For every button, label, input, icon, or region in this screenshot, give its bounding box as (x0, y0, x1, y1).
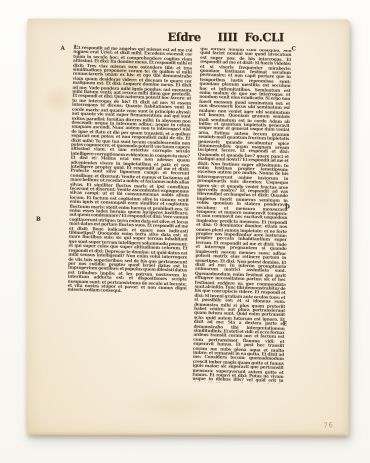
running-header: Eſdre IIII Fo.CLI (27, 30, 349, 45)
pencil-page-annotation: 76 (323, 421, 333, 430)
paper-stain (122, 389, 232, 423)
margin-letter-b: B (36, 217, 41, 223)
header-book-title: Eſdre (167, 30, 200, 44)
incunable-page: Eſdre IIII Fo.CLI A e B C D E Et respond… (26, 19, 349, 436)
scanned-book-photo: Eſdre IIII Fo.CLI A e B C D E Et respond… (0, 0, 370, 463)
margin-letter-a: A (60, 46, 64, 52)
header-book-number: IIII (217, 30, 237, 44)
text-column-right: qui format nullam cum obsequio. Sed quid… (192, 48, 291, 384)
paper-stain (285, 115, 347, 235)
margin-letter-c: C (291, 46, 295, 52)
header-folio-number: Fo.CLI (244, 30, 283, 44)
page-bottom-edge (28, 432, 346, 436)
text-column-left: Et respondit ad me angelus qui missus es… (65, 45, 192, 382)
paper-stain (41, 85, 75, 115)
text-block: Et respondit ad me angelus qui missus es… (65, 45, 291, 386)
